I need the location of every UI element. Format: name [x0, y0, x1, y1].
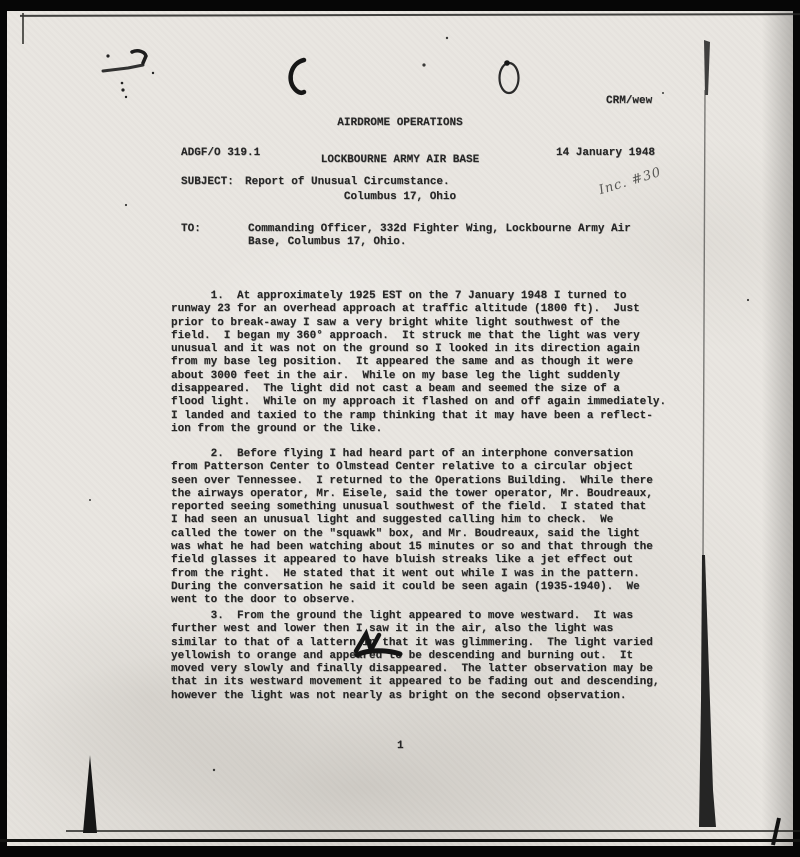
scan-corner-tick	[22, 13, 24, 44]
letterhead-city: Columbus 17, Ohio	[250, 191, 550, 203]
to-address: Commanding Officer, 332d Fighter Wing, L…	[248, 223, 631, 250]
scan-bottom-border-line	[0, 839, 800, 842]
scan-bottom-edge-line	[66, 830, 800, 832]
letterhead: AIRDROME OPERATIONS LOCKBOURNE ARMY AIR …	[250, 92, 550, 228]
subject-text: Report of Unusual Circumstance.	[245, 176, 450, 189]
paragraph-2: 2. Before flying I had heard part of an …	[171, 448, 653, 608]
letterhead-base: LOCKBOURNE ARMY AIR BASE	[250, 154, 550, 166]
scanned-document-page: AIRDROME OPERATIONS LOCKBOURNE ARMY AIR …	[0, 0, 800, 857]
letterhead-office: AIRDROME OPERATIONS	[250, 117, 550, 129]
paragraph-3: 3. From the ground the light appeared to…	[171, 610, 659, 703]
document-date: 14 January 1948	[556, 147, 655, 160]
to-label: TO:	[181, 223, 201, 236]
typist-initials: CRM/wew	[606, 95, 652, 108]
page-number: 1	[397, 740, 404, 753]
file-reference: ADGF/O 319.1	[181, 147, 260, 160]
subject-label: SUBJECT:	[181, 176, 234, 189]
paragraph-1: 1. At approximately 1925 EST on the 7 Ja…	[171, 290, 666, 436]
